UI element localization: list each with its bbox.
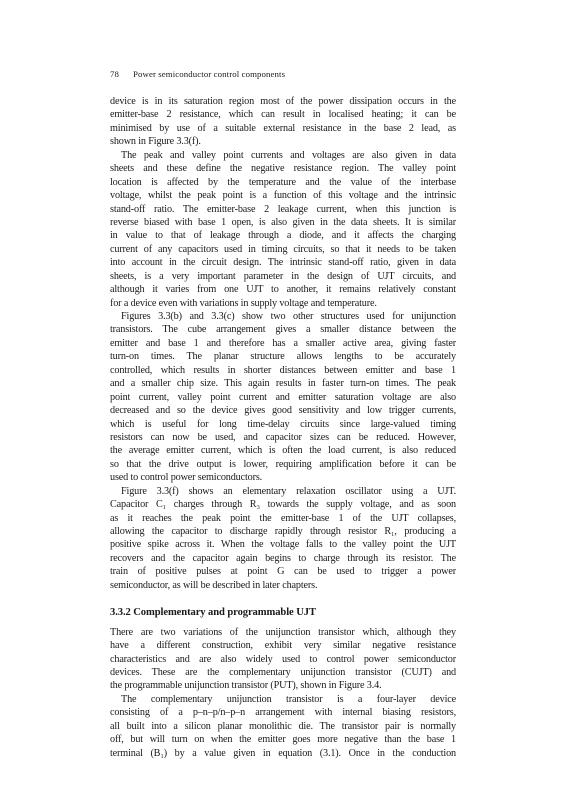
- text-line: terminal (B₁) by a value given in equati…: [110, 747, 456, 760]
- text-line: turn-on times. The planar structure allo…: [110, 350, 456, 363]
- text-line: reverse biased with base 1 open, is also…: [110, 216, 456, 229]
- text-line: so that the drive output is lower, requi…: [110, 458, 456, 471]
- text-line: train of positive pulses at point G can …: [110, 565, 456, 578]
- text-line: semiconductor, as will be described in l…: [110, 579, 456, 592]
- text-line: point current, valley point current and …: [110, 391, 456, 404]
- text-line: sheets, is a very important parameter in…: [110, 270, 456, 283]
- text-line: off, but will turn on when the emitter g…: [110, 733, 456, 746]
- text-column: device is in its saturation region most …: [110, 95, 456, 760]
- text-line: characteristics and are also widely used…: [110, 653, 456, 666]
- text-line: transistors. The cube arrangement gives …: [110, 323, 456, 336]
- text-line: decreased and so the device gives good s…: [110, 404, 456, 417]
- text-line: in value to that of leakage through a di…: [110, 229, 456, 242]
- text-line: into account in the circuit design. The …: [110, 256, 456, 269]
- text-line: voltage, whilst the peak point is a func…: [110, 189, 456, 202]
- text-line: location is affected by the temperature …: [110, 176, 456, 189]
- text-line: consisting of a p–n–p/n–p–n arrangement …: [110, 706, 456, 719]
- paragraph: There are two variations of the unijunct…: [110, 626, 456, 693]
- text-line: sheets and these define the negative res…: [110, 162, 456, 175]
- running-title: Power semiconductor control components: [133, 69, 285, 79]
- paragraph: Figure 3.3(f) shows an elementary relaxa…: [110, 485, 456, 593]
- text-line: minimised by use of a suitable external …: [110, 122, 456, 135]
- text-line: Capacitor C₁ charges through R₃ towards …: [110, 498, 456, 511]
- text-line: emitter-base 2 resistance, which can res…: [110, 108, 456, 121]
- text-line: have a different construction, exhibit v…: [110, 639, 456, 652]
- text-line: used to control power semiconductors.: [110, 471, 456, 484]
- text-line: emitter and base 1 and therefore has a s…: [110, 337, 456, 350]
- text-line: as it reaches the peak point the emitter…: [110, 512, 456, 525]
- text-line: and a smaller chip size. This again resu…: [110, 377, 456, 390]
- paragraph: Figures 3.3(b) and 3.3(c) show two other…: [110, 310, 456, 485]
- text-line: device is in its saturation region most …: [110, 95, 456, 108]
- text-line: The peak and valley point currents and v…: [110, 149, 456, 162]
- section-heading: 3.3.2 Complementary and programmable UJT: [110, 606, 456, 619]
- text-line: all built into a silicon planar monolith…: [110, 720, 456, 733]
- text-line: allowing the capacitor to discharge rapi…: [110, 525, 456, 538]
- text-line: controlled, which results in shorter dis…: [110, 364, 456, 377]
- text-line: current of any capacitors used in timing…: [110, 243, 456, 256]
- text-line: Figures 3.3(b) and 3.3(c) show two other…: [110, 310, 456, 323]
- text-line: The complementary unijunction transistor…: [110, 693, 456, 706]
- text-line: which is useful for long time-delay circ…: [110, 418, 456, 431]
- book-page: 78Power semiconductor control components…: [0, 0, 561, 800]
- paragraph: The peak and valley point currents and v…: [110, 149, 456, 310]
- text-line: recovers and the capacitor again begins …: [110, 552, 456, 565]
- paragraph: device is in its saturation region most …: [110, 95, 456, 149]
- text-line: devices. These are the complementary uni…: [110, 666, 456, 679]
- text-line: for a device even with variations in sup…: [110, 297, 456, 310]
- text-line: positive spike across it. When the volta…: [110, 538, 456, 551]
- text-line: the average emitter current, which is of…: [110, 444, 456, 457]
- text-line: the programmable unijunction transistor …: [110, 679, 456, 692]
- text-line: although it varies from one UJT to anoth…: [110, 283, 456, 296]
- page-header: 78Power semiconductor control components: [110, 69, 456, 79]
- text-line: resistors can now be used, and capacitor…: [110, 431, 456, 444]
- paragraph: The complementary unijunction transistor…: [110, 693, 456, 760]
- text-line: Figure 3.3(f) shows an elementary relaxa…: [110, 485, 456, 498]
- text-line: stand-off ratio. The emitter-base 2 leak…: [110, 203, 456, 216]
- page-number: 78: [110, 69, 119, 79]
- text-line: shown in Figure 3.3(f).: [110, 135, 456, 148]
- text-line: There are two variations of the unijunct…: [110, 626, 456, 639]
